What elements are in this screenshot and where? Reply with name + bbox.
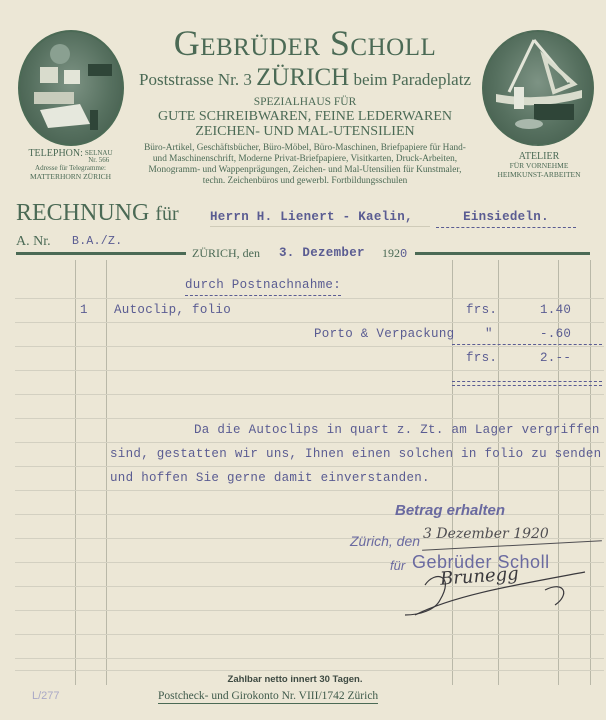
spezial-line-2: GUTE SCHREIBWAREN, FEINE LEDERWAREN	[120, 109, 490, 125]
invoice-heading: RECHNUNG für	[16, 200, 179, 227]
message-line-3: und hoffen Sie gerne damit einverstanden…	[110, 471, 430, 485]
ruling-line	[558, 260, 559, 685]
recipient-place: Einsiedeln.	[436, 210, 576, 228]
payment-terms: Zahlbar netto innert 30 Tagen.	[150, 674, 440, 685]
ruling-line	[106, 260, 107, 685]
drafting-tools-emblem	[482, 30, 594, 146]
anr-value: B.A./Z.	[72, 235, 122, 248]
fuer-label: für	[155, 203, 178, 225]
ruling-line	[75, 260, 76, 685]
subtotal-rule	[452, 344, 602, 345]
message-line-2: sind, gestatten wir uns, Ihnen einen sol…	[110, 447, 601, 461]
ruling-line	[498, 260, 499, 685]
item-amount: 1.40	[540, 303, 571, 317]
product-list: Büro-Artikel, Geschäftsbücher, Büro-Möbe…	[120, 143, 490, 187]
total-double-rule	[452, 381, 602, 386]
telephone-label: TELEPHON:	[28, 148, 82, 159]
telephone-block: TELEPHON: SELNAU Nr. 566 Adresse für Tel…	[18, 150, 123, 181]
telegram-address: MATTERHORN ZÜRICH	[18, 173, 123, 182]
item-qty: 1	[80, 303, 88, 317]
date-value: 3. Dezember	[279, 246, 365, 260]
desk-illustration-icon	[20, 32, 122, 144]
city-name: ZÜRICH	[256, 64, 349, 91]
atelier-line-2: FÜR VORNEHME	[484, 161, 594, 170]
location-note: beim Paradeplatz	[353, 70, 471, 89]
handwritten-date: 3 Dezember 1920	[423, 526, 549, 542]
received-stamp: Betrag erhalten	[395, 502, 505, 519]
atelier-title: ATELIER	[484, 152, 594, 161]
rechnung-label: RECHNUNG	[16, 200, 149, 226]
item-currency: "	[485, 327, 493, 341]
item-description: Porto & Verpackung	[314, 327, 454, 341]
delivery-note: durch Postnachnahme:	[185, 278, 341, 296]
message-line-1: Da die Autoclips in quart z. Zt. am Lage…	[194, 423, 600, 437]
product-line: Monogramm- und Wappenprägungen, Zeichen-…	[120, 165, 490, 176]
ruling-line	[590, 260, 591, 685]
date-label: ZÜRICH, den	[192, 246, 260, 261]
telephone-number: Nr. 566	[88, 156, 109, 164]
item-amount: -.60	[540, 327, 571, 341]
signature-flourish-icon	[395, 560, 595, 620]
compass-square-icon	[484, 32, 592, 144]
atelier-block: ATELIER FÜR VORNEHME HEIMKUNST-ARBEITEN	[484, 152, 594, 179]
stationery-emblem	[18, 30, 124, 146]
spezial-line-3: ZEICHEN- UND MAL-UTENSILIEN	[120, 124, 490, 140]
company-name: Gebrüder Scholl	[120, 22, 490, 64]
product-line: techn. Zeichenbüros und gewerbl. Fortbil…	[120, 176, 490, 187]
atelier-line-3: HEIMKUNST-ARBEITEN	[484, 170, 594, 179]
anr-label: A. Nr.	[16, 234, 51, 250]
spezial-line-1: SPEZIALHAUS FÜR	[120, 96, 490, 108]
top-rule-right	[415, 252, 590, 255]
product-line: und Maschinenschrift, Moderne Privat-Bri…	[120, 154, 490, 165]
account-info: Postcheck- und Girokonto Nr. VIII/1742 Z…	[158, 690, 378, 704]
street-address: Poststrasse Nr. 3	[139, 70, 252, 89]
archive-mark: L/277	[32, 690, 60, 702]
top-rule-left	[16, 252, 186, 255]
stamp-date-label: Zürich, den	[350, 533, 420, 549]
ruling-line	[452, 260, 453, 685]
total-currency: frs.	[466, 351, 497, 365]
item-currency: frs.	[466, 303, 497, 317]
product-line: Büro-Artikel, Geschäftsbücher, Büro-Möbe…	[120, 143, 490, 154]
address-line: Poststrasse Nr. 3 ZÜRICH beim Paradeplat…	[120, 64, 490, 92]
item-description: Autoclip, folio	[114, 303, 231, 317]
recipient-name: Herrn H. Lienert - Kaelin,	[210, 210, 413, 224]
year-value: 1920	[382, 246, 408, 261]
total-amount: 2.--	[540, 351, 571, 365]
